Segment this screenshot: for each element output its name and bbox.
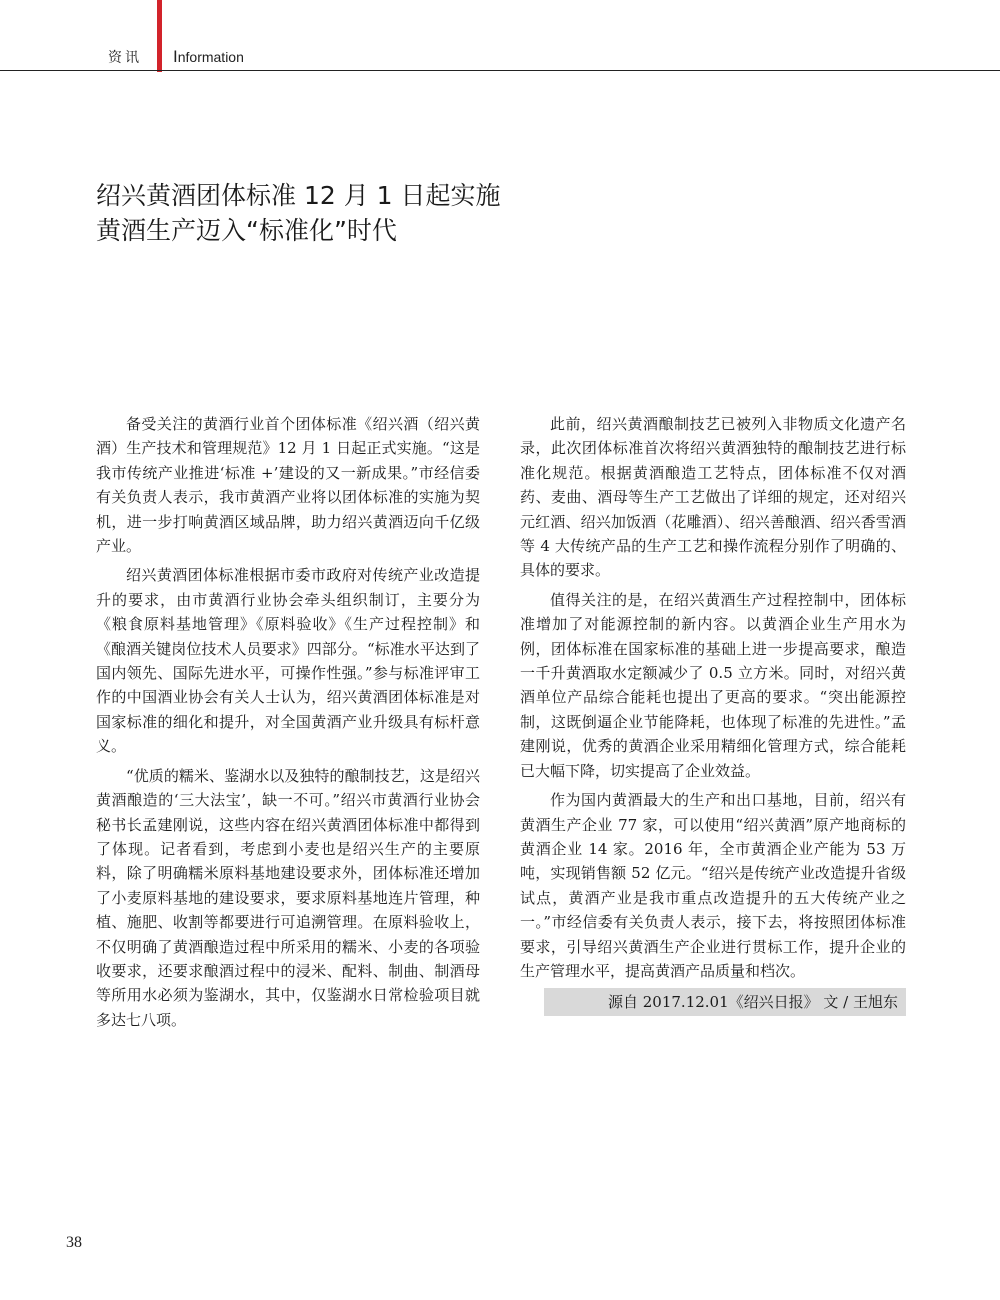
paragraph: “优质的糯米、鉴湖水以及独特的酿制技艺，这是绍兴黄酒酿造的‘三大法宝’，缺一不可… — [96, 764, 480, 1032]
section-label-en: Information — [173, 47, 244, 67]
source-credit: 源自 2017.12.01《绍兴日报》 文 / 王旭东 — [544, 988, 906, 1016]
paragraph: 绍兴黄酒团体标准根据市委市政府对传统产业改造提升的要求，由市黄酒行业协会牵头组织… — [96, 563, 480, 758]
paragraph: 作为国内黄酒最大的生产和出口基地，目前，绍兴有黄酒生产企业 77 家，可以使用“… — [520, 788, 906, 983]
title-line-2: 黄酒生产迈入“标准化”时代 — [96, 213, 501, 248]
page-number: 38 — [66, 1234, 82, 1252]
section-accent-bar — [157, 0, 162, 72]
section-label-cn: 资讯 — [108, 47, 142, 67]
paragraph: 值得关注的是，在绍兴黄酒生产过程控制中，团体标准增加了对能源控制的新内容。以黄酒… — [520, 588, 906, 783]
article-column-left: 备受关注的黄酒行业首个团体标准《绍兴酒（绍兴黄酒）生产技术和管理规范》12 月 … — [96, 412, 480, 1037]
article-title: 绍兴黄酒团体标准 12 月 1 日起实施 黄酒生产迈入“标准化”时代 — [96, 178, 501, 248]
title-line-1: 绍兴黄酒团体标准 12 月 1 日起实施 — [96, 178, 501, 213]
section-label-en-rest: nformation — [178, 49, 244, 65]
article-column-right: 此前，绍兴黄酒酿制技艺已被列入非物质文化遗产名录，此次团体标准首次将绍兴黄酒独特… — [520, 412, 906, 1016]
paragraph: 备受关注的黄酒行业首个团体标准《绍兴酒（绍兴黄酒）生产技术和管理规范》12 月 … — [96, 412, 480, 558]
header-divider — [0, 70, 1000, 71]
paragraph: 此前，绍兴黄酒酿制技艺已被列入非物质文化遗产名录，此次团体标准首次将绍兴黄酒独特… — [520, 412, 906, 583]
page-header: 资讯 Information — [0, 0, 1000, 72]
